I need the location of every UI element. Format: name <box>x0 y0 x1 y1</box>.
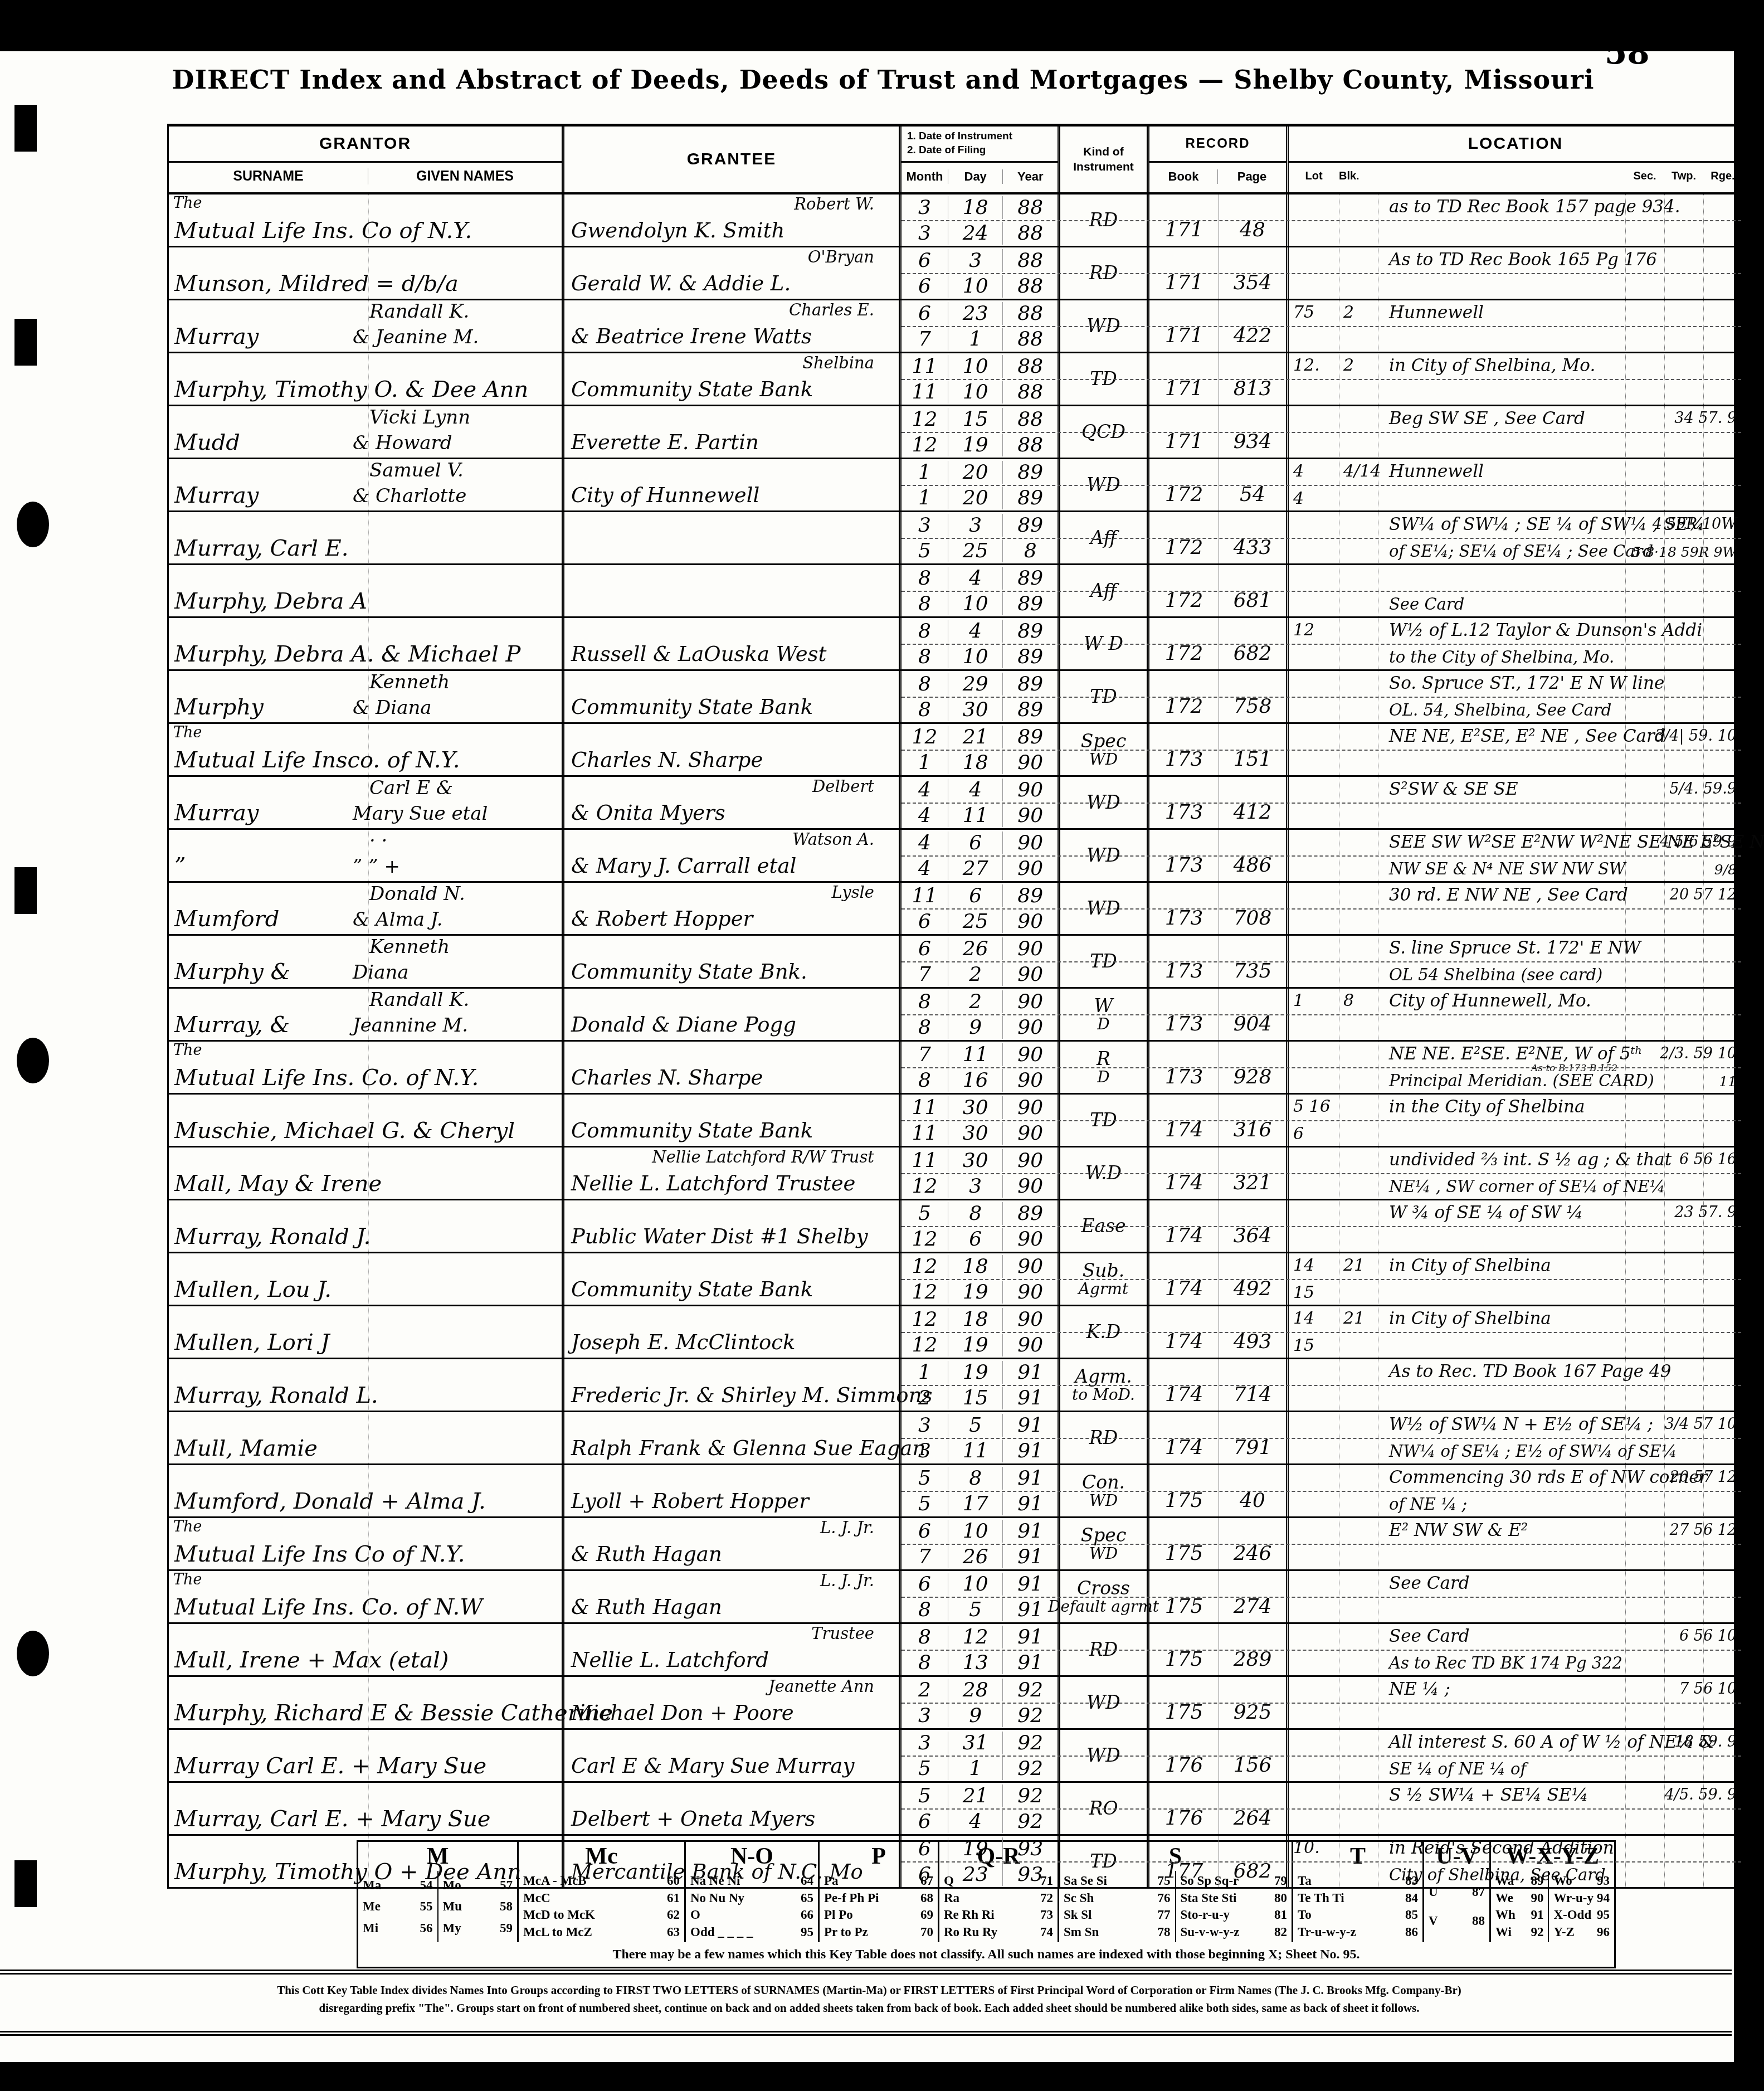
page-value: 681 <box>1234 589 1272 612</box>
lot-header: Lot <box>1289 170 1339 183</box>
kind-header-line2: Instrument <box>1073 159 1134 174</box>
ledger-entry: Murphy, Timothy O. & Dee Ann Shelbina Co… <box>169 353 1742 406</box>
blk-value: 21 <box>1343 1256 1365 1275</box>
row-divider <box>902 591 1741 592</box>
grantor-surname: Murray Carl E. + Mary Sue <box>174 1753 486 1779</box>
day-value: 23 <box>948 1863 1003 1886</box>
blk-value: 21 <box>1343 1309 1365 1328</box>
page-value: 289 <box>1234 1648 1272 1671</box>
key-range: No Nu Ny <box>690 1891 744 1905</box>
date-instrument: 8 12 91 <box>902 1624 1058 1650</box>
row-divider <box>902 538 1741 539</box>
year-value: 89 <box>1002 567 1058 590</box>
ledger-entry: The Mutual Life Ins. Co. of N.Y. Charles… <box>169 1042 1742 1095</box>
month-value: 3 <box>902 1440 948 1462</box>
grantor-cell: Murray Randall K. & Jeanine M. <box>169 300 564 352</box>
key-sheet-number: 56 <box>420 1921 433 1936</box>
year-value: 90 <box>1002 831 1058 854</box>
location-line1: W½ of L.12 Taylor & Dunson's Addi <box>1389 620 1702 640</box>
page-value: 928 <box>1234 1066 1272 1088</box>
kind-value-2: WD <box>1089 1492 1118 1509</box>
row-divider <box>902 1544 1741 1545</box>
grantor-cell: Murray Carl E & Mary Sue etal <box>169 777 564 828</box>
binder-mark <box>14 867 37 914</box>
location-line2: OL. 54, Shelbina, See Card <box>1389 701 1611 719</box>
date-instrument: 6 3 88 <box>902 247 1058 273</box>
sec-twp-rge-1: 4 59R.10W <box>1653 516 1737 533</box>
grantee-name: Russell & LaOuska West <box>571 642 826 666</box>
page-value: 904 <box>1234 1013 1272 1035</box>
month-value: 12 <box>902 1308 948 1331</box>
year-value: 90 <box>1002 990 1058 1013</box>
month-value: 12 <box>902 408 948 431</box>
book-value: 173 <box>1165 907 1203 930</box>
row-divider <box>902 1120 1741 1121</box>
day-value: 20 <box>948 487 1003 509</box>
date-filing: 3 11 91 <box>902 1438 1058 1463</box>
location-line1: S²SW & SE SE <box>1389 779 1518 799</box>
location-line2: NW¼ of SE¼ ; E½ of SW¼ of SE¼ <box>1389 1442 1677 1461</box>
grantee-name: & Ruth Hagan <box>571 1542 722 1566</box>
location-line2: See Card <box>1389 595 1464 614</box>
day-value: 25 <box>948 910 1003 933</box>
day-value: 19 <box>948 1334 1003 1356</box>
grantor-cell: Murray, Carl E. <box>169 512 564 563</box>
month-value: 12 <box>902 1281 948 1304</box>
sec-twp-rge-1: 34 57. 9 <box>1674 410 1737 427</box>
row-divider <box>902 750 1741 751</box>
day-value: 18 <box>948 751 1003 774</box>
book-value: 171 <box>1165 430 1203 453</box>
grantor-cell: Muschie, Michael G. & Cheryl <box>169 1095 564 1146</box>
grantee-header-label: GRANTEE <box>687 150 777 169</box>
page-value: 316 <box>1234 1119 1272 1141</box>
grantor-header-cell: GRANTOR SURNAME GIVEN NAMES <box>169 127 564 192</box>
row-divider <box>902 1226 1741 1227</box>
kind-value: R <box>1097 1049 1110 1069</box>
kind-value-2: Default agrmt <box>1048 1598 1159 1615</box>
grantor-cell: Murray, Ronald J. <box>169 1200 564 1252</box>
grantor-surname: Mumford <box>174 906 279 932</box>
grantee-top: L. J. Jr. <box>820 1518 874 1537</box>
grantor-prefix: The <box>173 1042 202 1059</box>
month-value: 3 <box>902 222 948 245</box>
key-range: Te Th Ti <box>1298 1891 1344 1905</box>
kind-value: Agrm. <box>1075 1367 1132 1387</box>
ledger-entry: Murray Carl E. + Mary Sue Carl E & Mary … <box>169 1730 1742 1783</box>
grantor-surname: Murray <box>174 800 259 826</box>
year-value: 90 <box>1002 751 1058 774</box>
date-instrument: 4 6 90 <box>902 830 1058 855</box>
sec-twp-rge-2: 9/8 <box>1714 862 1737 878</box>
day-value: 19 <box>948 1361 1003 1384</box>
month-value: 8 <box>902 620 948 643</box>
day-value: 23 <box>948 302 1003 325</box>
page-value: 433 <box>1234 536 1272 559</box>
lot-value-2: 4 <box>1293 489 1304 508</box>
key-sheet-number: 76 <box>1158 1891 1171 1905</box>
grantee-cell: Carl E & Mary Sue Murray <box>564 1730 902 1781</box>
row-divider <box>902 644 1741 645</box>
month-value: 12 <box>902 434 948 456</box>
day-header: Day <box>948 169 1003 184</box>
year-value: 92 <box>1002 1732 1058 1754</box>
year-value: 88 <box>1002 222 1058 245</box>
key-note: There may be a few names which this Key … <box>358 1942 1614 1967</box>
key-pair: Me55 <box>358 1899 437 1914</box>
month-value: 6 <box>902 1863 948 1886</box>
key-pair: U87 <box>1424 1885 1489 1899</box>
grantee-cell: Donald & Diane Pogg <box>564 989 902 1040</box>
key-sheet-number: 63 <box>667 1925 680 1939</box>
date-instrument-label: 1. Date of Instrument <box>907 130 1012 144</box>
key-pair: Pl Po69 <box>820 1908 938 1922</box>
book-value: 175 <box>1165 1701 1203 1724</box>
month-value: 6 <box>902 275 948 298</box>
year-value: 89 <box>1002 645 1058 668</box>
grantor-surname: Murphy, Timothy O + Dee Ann <box>174 1859 522 1885</box>
page-value: 708 <box>1234 907 1272 930</box>
lot-value: 10. <box>1293 1838 1320 1857</box>
day-value: 30 <box>948 1122 1003 1145</box>
grantor-surname: Murray, Carl E. <box>174 536 349 561</box>
grantee-cell: Everette E. Partin <box>564 406 902 458</box>
month-value: 11 <box>902 1096 948 1119</box>
ledger-entry: The Mutual Life Ins Co of N.Y. L. J. Jr.… <box>169 1518 1742 1571</box>
grantor-cell: Murphy, Richard E & Bessie Catherine <box>169 1677 564 1728</box>
month-value: 8 <box>902 567 948 590</box>
date-instrument: 8 4 89 <box>902 618 1058 644</box>
location-line1: So. Spruce ST., 172' E N W line <box>1389 673 1664 693</box>
day-value: 12 <box>948 1626 1003 1649</box>
ledger-entry: The Mutual Life Insco. of N.Y. Charles N… <box>169 724 1742 777</box>
page-header: Page <box>1217 169 1286 184</box>
month-value: 6 <box>902 937 948 960</box>
date-instrument: 3 31 92 <box>902 1730 1058 1756</box>
grantee-name: Public Water Dist #1 Shelby <box>571 1224 868 1248</box>
book-value: 172 <box>1165 536 1203 559</box>
location-line2: SE ¼ of NE ¼ of <box>1389 1759 1526 1778</box>
year-value: 90 <box>1002 1281 1058 1304</box>
day-value: 11 <box>948 1440 1003 1462</box>
book-value: 174 <box>1165 1383 1203 1406</box>
grantee-cell: Delbert & Onita Myers <box>564 777 902 828</box>
day-value: 6 <box>948 831 1003 854</box>
sec-twp-rge-1: 5/4. 59.9 <box>1669 780 1737 798</box>
grantee-cell: Charles N. Sharpe <box>564 1042 902 1093</box>
key-sheet-number: 96 <box>1597 1925 1610 1939</box>
grantor-surname: Mutual Life Ins. Co. of N.Y. <box>174 1065 479 1091</box>
day-value: 30 <box>948 1149 1003 1172</box>
key-pair: Sc Sh76 <box>1059 1891 1175 1905</box>
grantee-top: Trustee <box>811 1624 874 1643</box>
date-instrument: 2 28 92 <box>902 1677 1058 1703</box>
month-value: 1 <box>902 751 948 774</box>
page-value: 40 <box>1240 1489 1265 1512</box>
month-value: 4 <box>902 779 948 801</box>
key-pair: V88 <box>1424 1914 1489 1928</box>
day-value: 18 <box>948 1308 1003 1331</box>
day-value: 13 <box>948 1651 1003 1674</box>
location-line1: Hunnewell <box>1389 461 1484 482</box>
sec-twp-rge-1: 3/4 57 10 <box>1665 1416 1737 1433</box>
book-value: 171 <box>1165 271 1203 294</box>
location-line1: All interest S. 60 A of W ½ of NE¼ & <box>1389 1732 1714 1752</box>
grantor-surname: Muschie, Michael G. & Cheryl <box>174 1118 515 1144</box>
key-range: Tr-u-w-y-z <box>1298 1925 1356 1939</box>
grantor-cell: ” · · ” ” + <box>169 830 564 881</box>
row-divider <box>902 273 1741 274</box>
year-value: 88 <box>1002 381 1058 403</box>
ledger-entry: Murray Samuel V. & Charlotte City of Hun… <box>169 459 1742 512</box>
month-header: Month <box>902 169 948 184</box>
scanned-ledger-page: 58 DIRECT Index and Abstract of Deeds, D… <box>0 0 1764 2091</box>
day-value: 6 <box>948 884 1003 907</box>
grantor-cell: Mullen, Lou J. <box>169 1253 564 1305</box>
row-divider <box>902 1332 1741 1333</box>
grantor-cell: Murray, Ronald L. <box>169 1359 564 1411</box>
sec-twp-rge-1: 18 59. 9 <box>1674 1733 1737 1750</box>
footer-text: This Cott Key Table Index divides Names … <box>89 1982 1649 2017</box>
location-line1: See Card <box>1389 1626 1470 1646</box>
date-filing: 8 30 89 <box>902 697 1058 722</box>
page-value: 412 <box>1234 801 1272 824</box>
kind-header: Kind of Instrument <box>1060 127 1149 192</box>
kind-value-2: WD <box>1089 751 1118 767</box>
month-value: 8 <box>902 1598 948 1621</box>
page-value: 422 <box>1234 324 1272 347</box>
kind-value: Cross <box>1077 1579 1130 1598</box>
ledger-entry: Munson, Mildred = d/b/a O'Bryan Gerald W… <box>169 247 1742 300</box>
key-range: Wi <box>1495 1925 1512 1939</box>
sec-twp-rge-1: 20 57 12 <box>1670 1468 1737 1486</box>
location-line2: OL 54 Shelbina (see card) <box>1389 965 1602 984</box>
key-sheet-number: 73 <box>1040 1908 1053 1922</box>
key-pair: Y-Z96 <box>1549 1925 1614 1939</box>
lot-value: 12 <box>1293 620 1314 640</box>
page-value: 934 <box>1234 430 1272 453</box>
month-value: 5 <box>902 1467 948 1490</box>
kind-value-2: D <box>1097 1069 1109 1085</box>
grantor-surname: Mumford, Donald + Alma J. <box>174 1489 486 1514</box>
day-value: 3 <box>948 249 1003 272</box>
grantee-name: Michael Don + Poore <box>571 1701 794 1725</box>
blk-header: Blk. <box>1339 170 1378 183</box>
key-sheet-number: 95 <box>1597 1908 1610 1922</box>
footer-line1: This Cott Key Table Index divides Names … <box>89 1982 1649 2000</box>
grantor-cell: Mudd Vicki Lynn & Howard <box>169 406 564 458</box>
grantor-cell: Mull, Irene + Max (etal) <box>169 1624 564 1675</box>
grantor-cell: The Mutual Life Ins. Co of N.Y. <box>169 194 564 246</box>
page-value: 156 <box>1234 1754 1272 1777</box>
year-value: 90 <box>1002 1149 1058 1172</box>
date-instrument: 5 8 91 <box>902 1465 1058 1491</box>
surname-header: SURNAME <box>169 168 368 184</box>
key-sheet-number: 80 <box>1274 1891 1287 1905</box>
book-value: 171 <box>1165 324 1203 347</box>
month-value: 11 <box>902 1122 948 1145</box>
kind-value-2: to MoD. <box>1072 1387 1135 1403</box>
grantor-surname: Mall, May & Irene <box>174 1171 382 1197</box>
blk-value: 8 <box>1343 991 1354 1010</box>
key-sheet-number: 62 <box>667 1908 680 1922</box>
grantor-header: GRANTOR <box>169 127 562 161</box>
key-sheet-number: 72 <box>1040 1891 1053 1905</box>
location-line1: Beg SW SE , See Card <box>1389 409 1585 429</box>
location-line1: See Card <box>1389 1573 1470 1593</box>
grantee-cell: Community State Bank <box>564 671 902 722</box>
year-value: 91 <box>1002 1626 1058 1649</box>
grantor-cell: Murphy & Kenneth Diana <box>169 936 564 987</box>
month-value: 5 <box>902 1784 948 1807</box>
grantee-top: L. J. Jr. <box>820 1571 874 1590</box>
book-value: 174 <box>1165 1119 1203 1141</box>
book-value: 174 <box>1165 1330 1203 1353</box>
row-divider <box>902 432 1741 433</box>
location-line2: NW SE & N⁴ NE SW NW SW <box>1389 859 1626 878</box>
grantor-given-top: Kenneth <box>369 936 450 958</box>
grantee-cell: Frederic Jr. & Shirley M. Simmons <box>564 1359 902 1411</box>
year-value: 88 <box>1002 328 1058 351</box>
day-value: 10 <box>948 355 1003 378</box>
page-value: 321 <box>1234 1171 1272 1194</box>
month-value: 5 <box>902 1757 948 1780</box>
record-header-cell: RECORD Book Page <box>1149 127 1289 192</box>
book-value: 175 <box>1165 1489 1203 1512</box>
date-instrument: 6 10 91 <box>902 1571 1058 1597</box>
lot-value: 5 16 <box>1293 1097 1331 1116</box>
grantee-cell: Ralph Frank & Glenna Sue Eagan <box>564 1412 902 1463</box>
grantee-cell: Mercantile Bank of N.C. Mo <box>564 1836 902 1887</box>
grantee-cell: Community State Bnk. <box>564 936 902 987</box>
row-divider <box>902 1491 1741 1492</box>
month-value: 7 <box>902 1043 948 1066</box>
day-value: 10 <box>948 592 1003 615</box>
day-value: 27 <box>948 857 1003 880</box>
grantor-given-top: Randall K. <box>369 300 469 323</box>
year-value: 88 <box>1002 249 1058 272</box>
date-instrument: 11 30 90 <box>902 1095 1058 1120</box>
lot-value-2: 15 <box>1293 1283 1314 1302</box>
sec-twp-rge-1: 6 56 10 <box>1679 1627 1737 1645</box>
grantee-cell <box>564 565 902 616</box>
location-line1: NE NE. E²SE. E²NE, W of 5ᵗʰ <box>1389 1044 1643 1064</box>
year-value: 90 <box>1002 1096 1058 1119</box>
day-value: 4 <box>948 1810 1003 1833</box>
day-value: 10 <box>948 381 1003 403</box>
grantee-top: O'Bryan <box>808 247 874 266</box>
date-instrument: 1 19 91 <box>902 1359 1058 1385</box>
grantee-name: Community State Bank <box>571 1277 813 1301</box>
location-line1: W½ of SW¼ N + E½ of SE¼ ; <box>1389 1414 1653 1434</box>
book-value: 174 <box>1165 1277 1203 1300</box>
book-value: 176 <box>1165 1807 1203 1830</box>
sec-twp-rge-2: 11 <box>1719 1073 1737 1090</box>
month-value: 11 <box>902 884 948 907</box>
grantee-name: Community State Bank <box>571 377 813 401</box>
page-value: 493 <box>1234 1330 1272 1353</box>
grantor-cell: Murray, Carl E. + Mary Sue <box>169 1783 564 1834</box>
day-value: 11 <box>948 804 1003 827</box>
location-line1: Commencing 30 rds E of NW corner <box>1389 1467 1707 1487</box>
year-value: 91 <box>1002 1492 1058 1515</box>
date-filing: 12 19 90 <box>902 1332 1058 1358</box>
date-filing: 12 3 90 <box>902 1173 1058 1199</box>
row-divider <box>902 379 1741 380</box>
sec-twp-rge-1: 27 56 12 <box>1670 1521 1737 1539</box>
month-value: 8 <box>902 1626 948 1649</box>
grantor-cell: Mumford Donald N. & Alma J. <box>169 883 564 934</box>
key-range: O <box>690 1908 700 1922</box>
grantor-given: & Alma J. <box>353 908 443 931</box>
month-value: 6 <box>902 249 948 272</box>
page-value: 48 <box>1240 218 1265 241</box>
grantor-surname: Munson, Mildred = d/b/a <box>174 271 459 296</box>
key-range: V <box>1429 1914 1438 1928</box>
day-value: 3 <box>948 1175 1003 1198</box>
day-value: 10 <box>948 1520 1003 1543</box>
page-value: 735 <box>1234 960 1272 983</box>
day-value: 9 <box>948 1704 1003 1727</box>
location-line2: NE¼ , SW corner of SE¼ of NE¼ <box>1389 1177 1665 1196</box>
year-value: 91 <box>1002 1387 1058 1409</box>
row-divider <box>902 1650 1741 1651</box>
kind-value-2: Agrmt <box>1079 1281 1128 1297</box>
ledger-entry: Murphy, Timothy O + Dee Ann Mercantile B… <box>169 1836 1742 1887</box>
day-value: 11 <box>948 1043 1003 1066</box>
binder-hole <box>17 502 49 547</box>
grantor-cell: Murphy Kenneth & Diana <box>169 671 564 722</box>
key-pair: McC61 <box>519 1891 684 1905</box>
book-header: Book <box>1149 169 1217 184</box>
grantee-name: Ralph Frank & Glenna Sue Eagan <box>571 1436 925 1460</box>
page-value: 682 <box>1234 642 1272 665</box>
month-value: 8 <box>902 673 948 696</box>
month-value: 8 <box>902 698 948 721</box>
key-pair: Su-v-w-y-z82 <box>1176 1925 1292 1939</box>
grantee-cell: Nellie Latchford R/W Trust Nellie L. Lat… <box>564 1147 902 1199</box>
location-line1: in City of Shelbina, Mo. <box>1389 356 1595 376</box>
year-value: 89 <box>1002 698 1058 721</box>
date-filing: 6 10 88 <box>902 273 1058 299</box>
grantor-cell: The Mutual Life Ins. Co. of N.Y. <box>169 1042 564 1093</box>
month-value: 12 <box>902 1334 948 1356</box>
grantor-surname: Mudd <box>174 430 240 455</box>
month-value: 4 <box>902 831 948 854</box>
month-value: 6 <box>902 1520 948 1543</box>
location-line1: City of Hunnewell, Mo. <box>1389 991 1591 1011</box>
grantee-top: Jeanette Ann <box>768 1677 874 1696</box>
grantor-given-top: Carl E & <box>369 777 453 799</box>
month-value: 7 <box>902 1545 948 1568</box>
year-value: 90 <box>1002 1175 1058 1198</box>
date-instrument: 7 11 90 <box>902 1042 1058 1067</box>
key-sheet-number: 74 <box>1040 1925 1053 1939</box>
grantor-surname: Mutual Life Ins Co of N.Y. <box>174 1541 465 1567</box>
date-filing: 8 16 90 <box>902 1067 1058 1093</box>
grantor-given: ” ” + <box>353 855 400 878</box>
date-instrument: 5 21 92 <box>902 1783 1058 1808</box>
grantee-name: Nellie L. Latchford <box>571 1648 769 1672</box>
grantor-given: Diana <box>353 961 409 984</box>
day-value: 19 <box>948 434 1003 456</box>
day-value: 6 <box>948 1228 1003 1251</box>
grantor-given: Mary Sue etal <box>353 803 488 825</box>
grantee-cell: L. J. Jr. & Ruth Hagan <box>564 1571 902 1622</box>
grantor-prefix: The <box>173 724 202 741</box>
key-pair: McD to McK62 <box>519 1908 684 1922</box>
blk-value: 2 <box>1343 303 1354 322</box>
